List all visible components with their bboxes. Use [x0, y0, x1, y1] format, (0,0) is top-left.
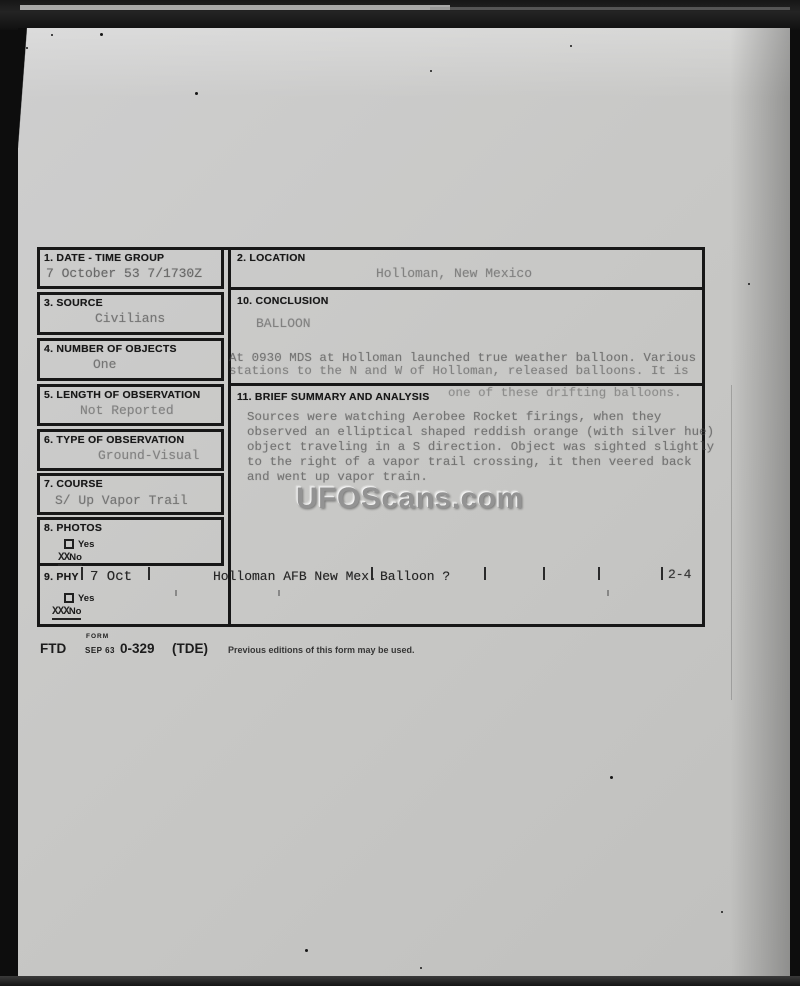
scanned-page: 1. DATE - TIME GROUP 7 October 53 7/1730… — [0, 0, 800, 986]
conclusion-overflow-line: At 0930 MDS at Holloman launched true we… — [229, 351, 696, 365]
paper-top-highlight — [18, 28, 790, 98]
tick-mark — [371, 567, 373, 580]
ufoscans-watermark: UFOScans.com — [296, 482, 524, 516]
phy-date: 7 Oct — [90, 569, 132, 585]
photos-no-label: No — [69, 552, 82, 563]
value-date-time-group: 7 October 53 7/1730Z — [46, 266, 202, 281]
label-number-of-objects: 4. NUMBER OF OBJECTS — [44, 343, 177, 355]
label-conclusion: 10. CONCLUSION — [237, 295, 329, 307]
label-length-of-observation: 5. LENGTH OF OBSERVATION — [44, 389, 201, 401]
value-length-of-observation: Not Reported — [80, 403, 174, 418]
divider-location-conclusion — [228, 287, 705, 290]
phy-yes-label: Yes — [78, 593, 94, 604]
checkbox-icon — [64, 539, 74, 549]
sub-tick-mark — [175, 590, 177, 596]
dust-speck — [51, 34, 53, 36]
checkbox-icon — [64, 593, 74, 603]
paper-right-shadow — [730, 28, 790, 976]
dust-speck — [195, 92, 198, 95]
table-bottom-border-row9 — [37, 624, 231, 627]
tick-mark — [484, 567, 486, 580]
label-date-time-group: 1. DATE - TIME GROUP — [44, 252, 164, 264]
phy-no-label: No — [69, 606, 82, 617]
phy-conclusion-note: Balloon ? — [380, 569, 450, 584]
scan-bottom-band — [0, 976, 800, 986]
table-top-border-patch — [222, 247, 232, 250]
footer-form-edition: SEP 63 — [85, 646, 115, 655]
tick-mark — [598, 567, 600, 580]
footer-form-word: FORM — [86, 633, 109, 640]
label-location: 2. LOCATION — [237, 252, 305, 264]
value-number-of-objects: One — [93, 357, 116, 372]
footer-form-prefix: FTD — [40, 641, 66, 656]
summary-line: object traveling in a S direction. Objec… — [247, 440, 714, 454]
value-source: Civilians — [95, 311, 165, 326]
footer-note: Previous editions of this form may be us… — [228, 645, 415, 655]
dust-speck — [26, 47, 28, 49]
film-scratch — [731, 385, 732, 700]
sub-tick-mark — [607, 590, 609, 596]
dust-speck — [305, 949, 308, 952]
phy-code: 2-4 — [668, 567, 691, 582]
tick-mark — [148, 567, 150, 580]
dust-speck — [610, 776, 613, 779]
paper-corner-wedge — [18, 28, 27, 148]
tick-mark — [661, 567, 663, 580]
phy-location-note: Holloman AFB New Mex. — [213, 569, 377, 584]
dust-speck — [430, 70, 432, 72]
summary-line: observed an elliptical shaped reddish or… — [247, 425, 714, 439]
label-source: 3. SOURCE — [44, 297, 103, 309]
value-type-of-observation: Ground-Visual — [98, 448, 199, 463]
photos-no-option: XXNo — [58, 552, 82, 566]
label-phy: 9. PHY — [44, 571, 79, 583]
scan-top-streak-faint — [430, 7, 790, 10]
label-type-of-observation: 6. TYPE OF OBSERVATION — [44, 434, 184, 446]
dust-speck — [721, 911, 723, 913]
dust-speck — [100, 33, 103, 36]
sub-tick-mark — [278, 590, 280, 596]
value-conclusion: BALLOON — [256, 316, 311, 331]
summary-line: Sources were watching Aerobee Rocket fir… — [247, 410, 661, 424]
summary-line: to the right of a vapor trail crossing, … — [247, 455, 692, 469]
label-photos: 8. PHOTOS — [44, 522, 102, 534]
label-course: 7. COURSE — [44, 478, 103, 490]
conclusion-overflow-line: one of these drifting balloons. — [448, 386, 682, 400]
phy-no-xmark: XXX — [52, 606, 69, 618]
photos-no-xmark: XX — [58, 552, 69, 564]
tick-mark — [543, 567, 545, 580]
value-course: S/ Up Vapor Trail — [55, 493, 188, 508]
value-location: Holloman, New Mexico — [376, 266, 532, 281]
conclusion-overflow-line: stations to the N and W of Holloman, rel… — [229, 364, 689, 378]
table-left-border-row9 — [37, 566, 40, 627]
tick-mark — [81, 567, 83, 580]
dust-speck — [420, 967, 422, 969]
footer-form-suffix: (TDE) — [172, 641, 208, 656]
photos-yes-option: Yes — [64, 539, 94, 550]
photos-yes-label: Yes — [78, 539, 94, 550]
footer-form-number: 0-329 — [120, 641, 155, 656]
dust-speck — [570, 45, 572, 47]
scan-top-streak — [20, 5, 450, 10]
phy-no-option: XXXNo — [52, 606, 81, 620]
phy-yes-option: Yes — [64, 593, 94, 604]
label-summary: 11. BRIEF SUMMARY AND ANALYSIS — [237, 391, 429, 403]
dust-speck — [748, 283, 750, 285]
